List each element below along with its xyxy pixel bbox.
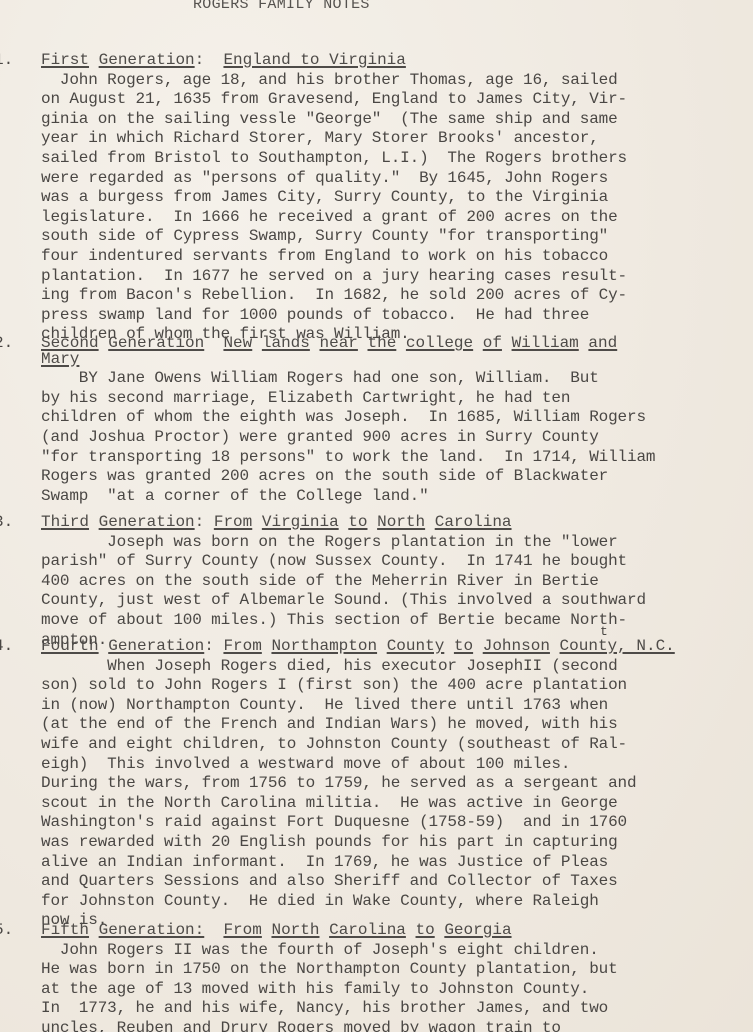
body-text-line: on August 21, 1635 from Gravesend, Engla…	[41, 89, 627, 109]
handwritten-insertion-mark: t	[600, 622, 608, 642]
document-page: ROGERS FAMILY NOTES 1.First Generation: …	[0, 0, 753, 1032]
body-text-line: for Johnston County. He died in Wake Cou…	[41, 891, 599, 911]
body-text-line: were regarded as "persons of quality." B…	[41, 168, 608, 188]
section-number: 4.	[0, 636, 13, 656]
body-text-line: "for transporting 18 persons" to work th…	[41, 447, 655, 467]
section-number: 1.	[0, 50, 13, 70]
body-text-line: In 1773, he and his wife, Nancy, his bro…	[41, 998, 608, 1018]
body-text-line: son) sold to John Rogers I (first son) t…	[41, 675, 627, 695]
document-title: ROGERS FAMILY NOTES	[193, 0, 370, 13]
body-text-line: BY Jane Owens William Rogers had one son…	[41, 368, 599, 388]
body-text-line: (at the end of the French and Indian War…	[41, 714, 618, 734]
body-text-line: Swamp "at a corner of the College land."	[41, 486, 429, 506]
body-text-line: by his second marriage, Elizabeth Cartwr…	[41, 388, 570, 408]
body-text-line: and Quarters Sessions and also Sheriff a…	[41, 871, 618, 891]
section-heading: Third Generation: From Virginia to North…	[41, 512, 512, 532]
body-text-line: children of whom the eighth was Joseph. …	[41, 407, 646, 427]
body-text-line: was a burgess from James City, Surry Cou…	[41, 187, 608, 207]
body-text-line: scout in the North Carolina militia. He …	[41, 793, 618, 813]
body-text-line: (and Joshua Proctor) were granted 900 ac…	[41, 427, 599, 447]
body-text-line: ginia on the sailing vessle "George" (Th…	[41, 109, 618, 129]
body-text-line: south side of Cypress Swamp, Surry Count…	[41, 226, 608, 246]
body-text-line: four indentured servants from England to…	[41, 246, 608, 266]
body-text-line: move of about 100 miles.) This section o…	[41, 610, 627, 630]
section-heading: Second Generation New lands near the col…	[41, 333, 617, 353]
body-text-line: legislature. In 1666 he received a grant…	[41, 207, 618, 227]
body-text-line: uncles, Reuben and Drury Rogers moved by…	[41, 1018, 561, 1032]
body-text-line: Joseph was born on the Rogers plantation…	[41, 532, 618, 552]
body-text-line: ing from Bacon's Rebellion. In 1682, he …	[41, 285, 627, 305]
body-text-line: During the wars, from 1756 to 1759, he s…	[41, 773, 636, 793]
body-text-line: plantation. In 1677 he served on a jury …	[41, 266, 627, 286]
body-text-line: in (now) Northampton County. He lived th…	[41, 695, 608, 715]
section-number: 3.	[0, 512, 13, 532]
body-text-line: was rewarded with 20 English pounds for …	[41, 832, 618, 852]
body-text-line: John Rogers, age 18, and his brother Tho…	[41, 70, 618, 90]
section-heading: Fifth Generation: From North Carolina to…	[41, 920, 512, 940]
body-text-line: Rogers was granted 200 acres on the sout…	[41, 466, 608, 486]
body-text-line: Washington's raid against Fort Duquesne …	[41, 812, 627, 832]
body-text-line: press swamp land for 1000 pounds of toba…	[41, 305, 589, 325]
body-text-line: eigh) This involved a westward move of a…	[41, 754, 570, 774]
section-heading: Fourth Generation: From Northampton Coun…	[41, 636, 675, 656]
body-text-line: year in which Richard Storer, Mary Store…	[41, 128, 599, 148]
body-text-line: alive an Indian informant. In 1769, he w…	[41, 852, 608, 872]
body-text-line: He was born in 1750 on the Northampton C…	[41, 959, 618, 979]
body-text-line: parish" of Surry County (now Sussex Coun…	[41, 551, 627, 571]
body-text-line: When Joseph Rogers died, his executor Jo…	[41, 656, 618, 676]
body-text-line: sailed from Bristol to Southampton, L.I.…	[41, 148, 627, 168]
section-number: 5.	[0, 920, 13, 940]
section-heading-continued: Mary	[41, 349, 79, 369]
body-text-line: wife and eight children, to Johnston Cou…	[41, 734, 627, 754]
body-text-line: at the age of 13 moved with his family t…	[41, 979, 589, 999]
body-text-line: 400 acres on the south side of the Meher…	[41, 571, 599, 591]
body-text-line: John Rogers II was the fourth of Joseph'…	[41, 940, 599, 960]
section-number: 2.	[0, 333, 13, 353]
body-text-line: County, just west of Albemarle Sound. (T…	[41, 590, 646, 610]
section-heading: First Generation: England to Virginia	[41, 50, 406, 70]
